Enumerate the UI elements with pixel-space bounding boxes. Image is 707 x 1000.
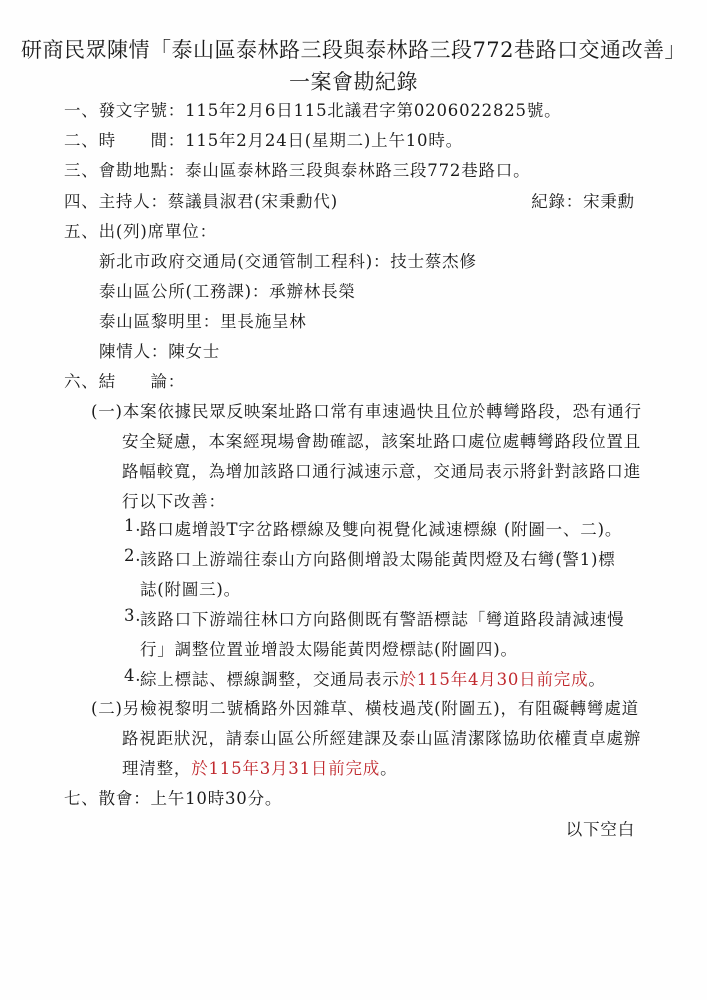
- improvement-number: 3.: [124, 606, 141, 625]
- conclusion2-text: 理清整，: [122, 759, 191, 778]
- item-recorder: 紀錄：宋秉勳: [531, 188, 635, 212]
- improvement-item: 該路口上游端往泰山方向路側增設太陽能黃閃燈及右彎(警1)標: [140, 546, 616, 570]
- deadline-highlight: 於115年4月30日前完成: [400, 670, 589, 689]
- improvement-item: 綜上標誌、標線調整，交通局表示於115年4月30日前完成。: [140, 666, 606, 690]
- blank-below-note: 以下空白: [566, 816, 635, 840]
- item-time: 二、時 間：115年2月24日(星期二)上午10時。: [64, 127, 463, 151]
- improvement-item-cont: 誌(附圖三)。: [140, 576, 241, 600]
- item-host: 四、主持人：蔡議員淑君(宋秉勳代): [64, 188, 338, 212]
- improvement-number: 1.: [124, 516, 141, 535]
- conclusion2-line: 理清整，於115年3月31日前完成。: [122, 755, 397, 779]
- conclusion1-line: 行以下改善：: [122, 488, 226, 512]
- punctuation: 。: [588, 670, 605, 689]
- improvement-item: 路口處增設T字岔路標線及雙向視覺化減速標線 (附圖一、二)。: [140, 516, 622, 540]
- improvement-item-cont: 行」調整位置並增設太陽能黃閃燈標誌(附圖四)。: [140, 636, 518, 660]
- document-title-line2: 一案會勘紀錄: [0, 66, 707, 96]
- improvement-item: 該路口下游端往林口方向路側既有警語標誌「彎道路段請減速慢: [140, 606, 624, 630]
- attendee: 新北市政府交通局(交通管制工程科)：技士蔡杰修: [99, 248, 477, 272]
- conclusion2-line: 路視距狀況，請泰山區公所經建課及泰山區清潔隊協助依權責卓處辦: [122, 725, 641, 749]
- document-title-line1: 研商民眾陳情「泰山區泰林路三段與泰林路三段772巷路口交通改善」: [0, 34, 707, 64]
- attendee: 陳情人：陳女士: [99, 338, 220, 362]
- item-document-number: 一、發文字號：115年2月6日115北議君字第0206022825號。: [64, 97, 561, 121]
- meeting-record-page: 研商民眾陳情「泰山區泰林路三段與泰林路三段772巷路口交通改善」 一案會勘紀錄 …: [0, 0, 707, 1000]
- conclusion2-line: (二)另檢視黎明二號橋路外因雜草、橫枝過茂(附圖五)，有阻礙轉彎處道: [91, 695, 639, 719]
- conclusion1-line: 安全疑慮，本案經現場會勘確認，該案址路口處位處轉彎路段位置且: [122, 428, 641, 452]
- improvement-number: 2.: [124, 546, 141, 565]
- item-adjourn: 七、散會：上午10時30分。: [64, 785, 282, 809]
- item-attendees-heading: 五、出(列)席單位：: [64, 218, 217, 242]
- item-conclusion-heading: 六、結 論：: [64, 368, 185, 392]
- attendee: 泰山區公所(工務課)：承辦林長榮: [99, 278, 356, 302]
- conclusion1-line: (一)本案依據民眾反映案址路口常有車速過快且位於轉彎路段，恐有通行: [91, 398, 642, 422]
- conclusion1-line: 路幅較寬，為增加該路口通行減速示意，交通局表示將針對該路口進: [122, 458, 641, 482]
- improvement-number: 4.: [124, 666, 141, 685]
- punctuation: 。: [380, 759, 397, 778]
- item-location: 三、會勘地點：泰山區泰林路三段與泰林路三段772巷路口。: [64, 157, 530, 181]
- improvement-text: 綜上標誌、標線調整，交通局表示: [140, 670, 400, 689]
- attendee: 泰山區黎明里：里長施呈林: [99, 308, 307, 332]
- deadline-highlight: 於115年3月31日前完成: [191, 759, 380, 778]
